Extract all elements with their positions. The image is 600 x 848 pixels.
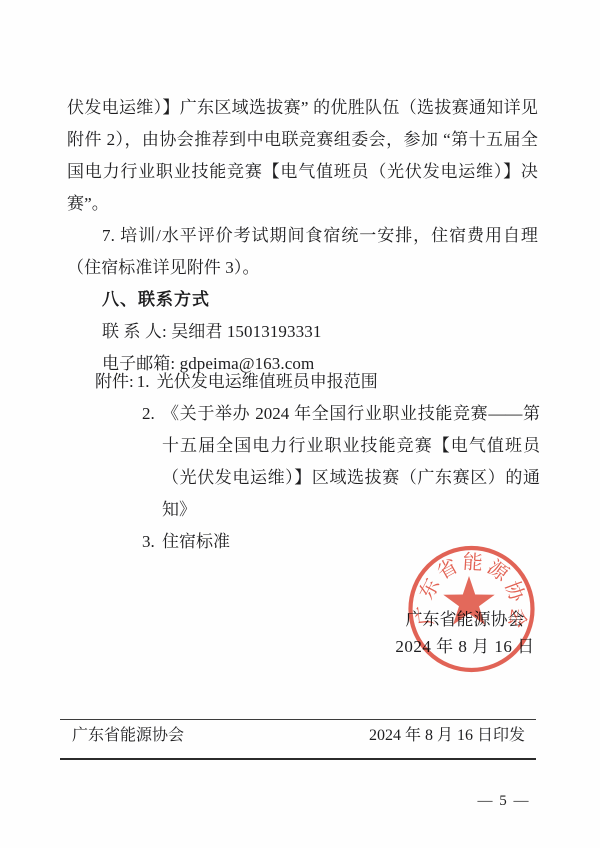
document-body: 伏发电运维）】广东区域选拔赛” 的优胜队伍（选拔赛通知详见附件 2），由协会推荐… [67,92,538,380]
attachment-text: 《关于举办 2024 年全国行业职业技能竞赛——第十五届全国电力行业职业技能竞赛… [162,398,540,526]
footer-org: 广东省能源协会 [72,726,184,746]
page-number: — 5 — [478,793,531,810]
footer-row: 广东省能源协会 2024 年 8 月 16 日印发 [72,726,525,746]
document-page: 伏发电运维）】广东区域选拔赛” 的优胜队伍（选拔赛通知详见附件 2），由协会推荐… [0,0,600,848]
attachment-number: 3. [142,526,158,558]
attachment-item: 附件: 1. 光伏发电运维值班员申报范围 [95,366,540,398]
attachment-number: 1. [137,366,153,398]
attachment-text: 光伏发电运维值班员申报范围 [157,366,378,398]
attachment-number: 2. [142,398,158,430]
contact-person-line: 联 系 人: 吴细君 15013193331 [67,316,538,348]
contact-person-value: 吴细君 15013193331 [171,322,321,341]
footer-issue-date: 2024 年 8 月 16 日印发 [369,726,525,746]
official-seal: 广东省能源协会 [403,543,540,675]
footer-rule-bottom [60,758,536,760]
body-paragraph-item7: 7. 培训/水平评价考试期间食宿统一安排，住宿费用自理（住宿标准详见附件 3）。 [67,220,538,284]
attachments-block: 附件: 1. 光伏发电运维值班员申报范围 2. 《关于举办 2024 年全国行业… [95,366,540,558]
attachment-item: 2. 《关于举办 2024 年全国行业职业技能竞赛——第十五届全国电力行业职业技… [142,398,540,526]
attachments-label: 附件: [95,366,134,398]
footer-rule-top [60,719,536,720]
section-heading-contact: 八、联系方式 [67,284,538,316]
seal-star-icon [443,576,494,625]
body-paragraph-continuation: 伏发电运维）】广东区域选拔赛” 的优胜队伍（选拔赛通知详见附件 2），由协会推荐… [67,92,538,220]
contact-person-label: 联 系 人: [102,322,167,341]
